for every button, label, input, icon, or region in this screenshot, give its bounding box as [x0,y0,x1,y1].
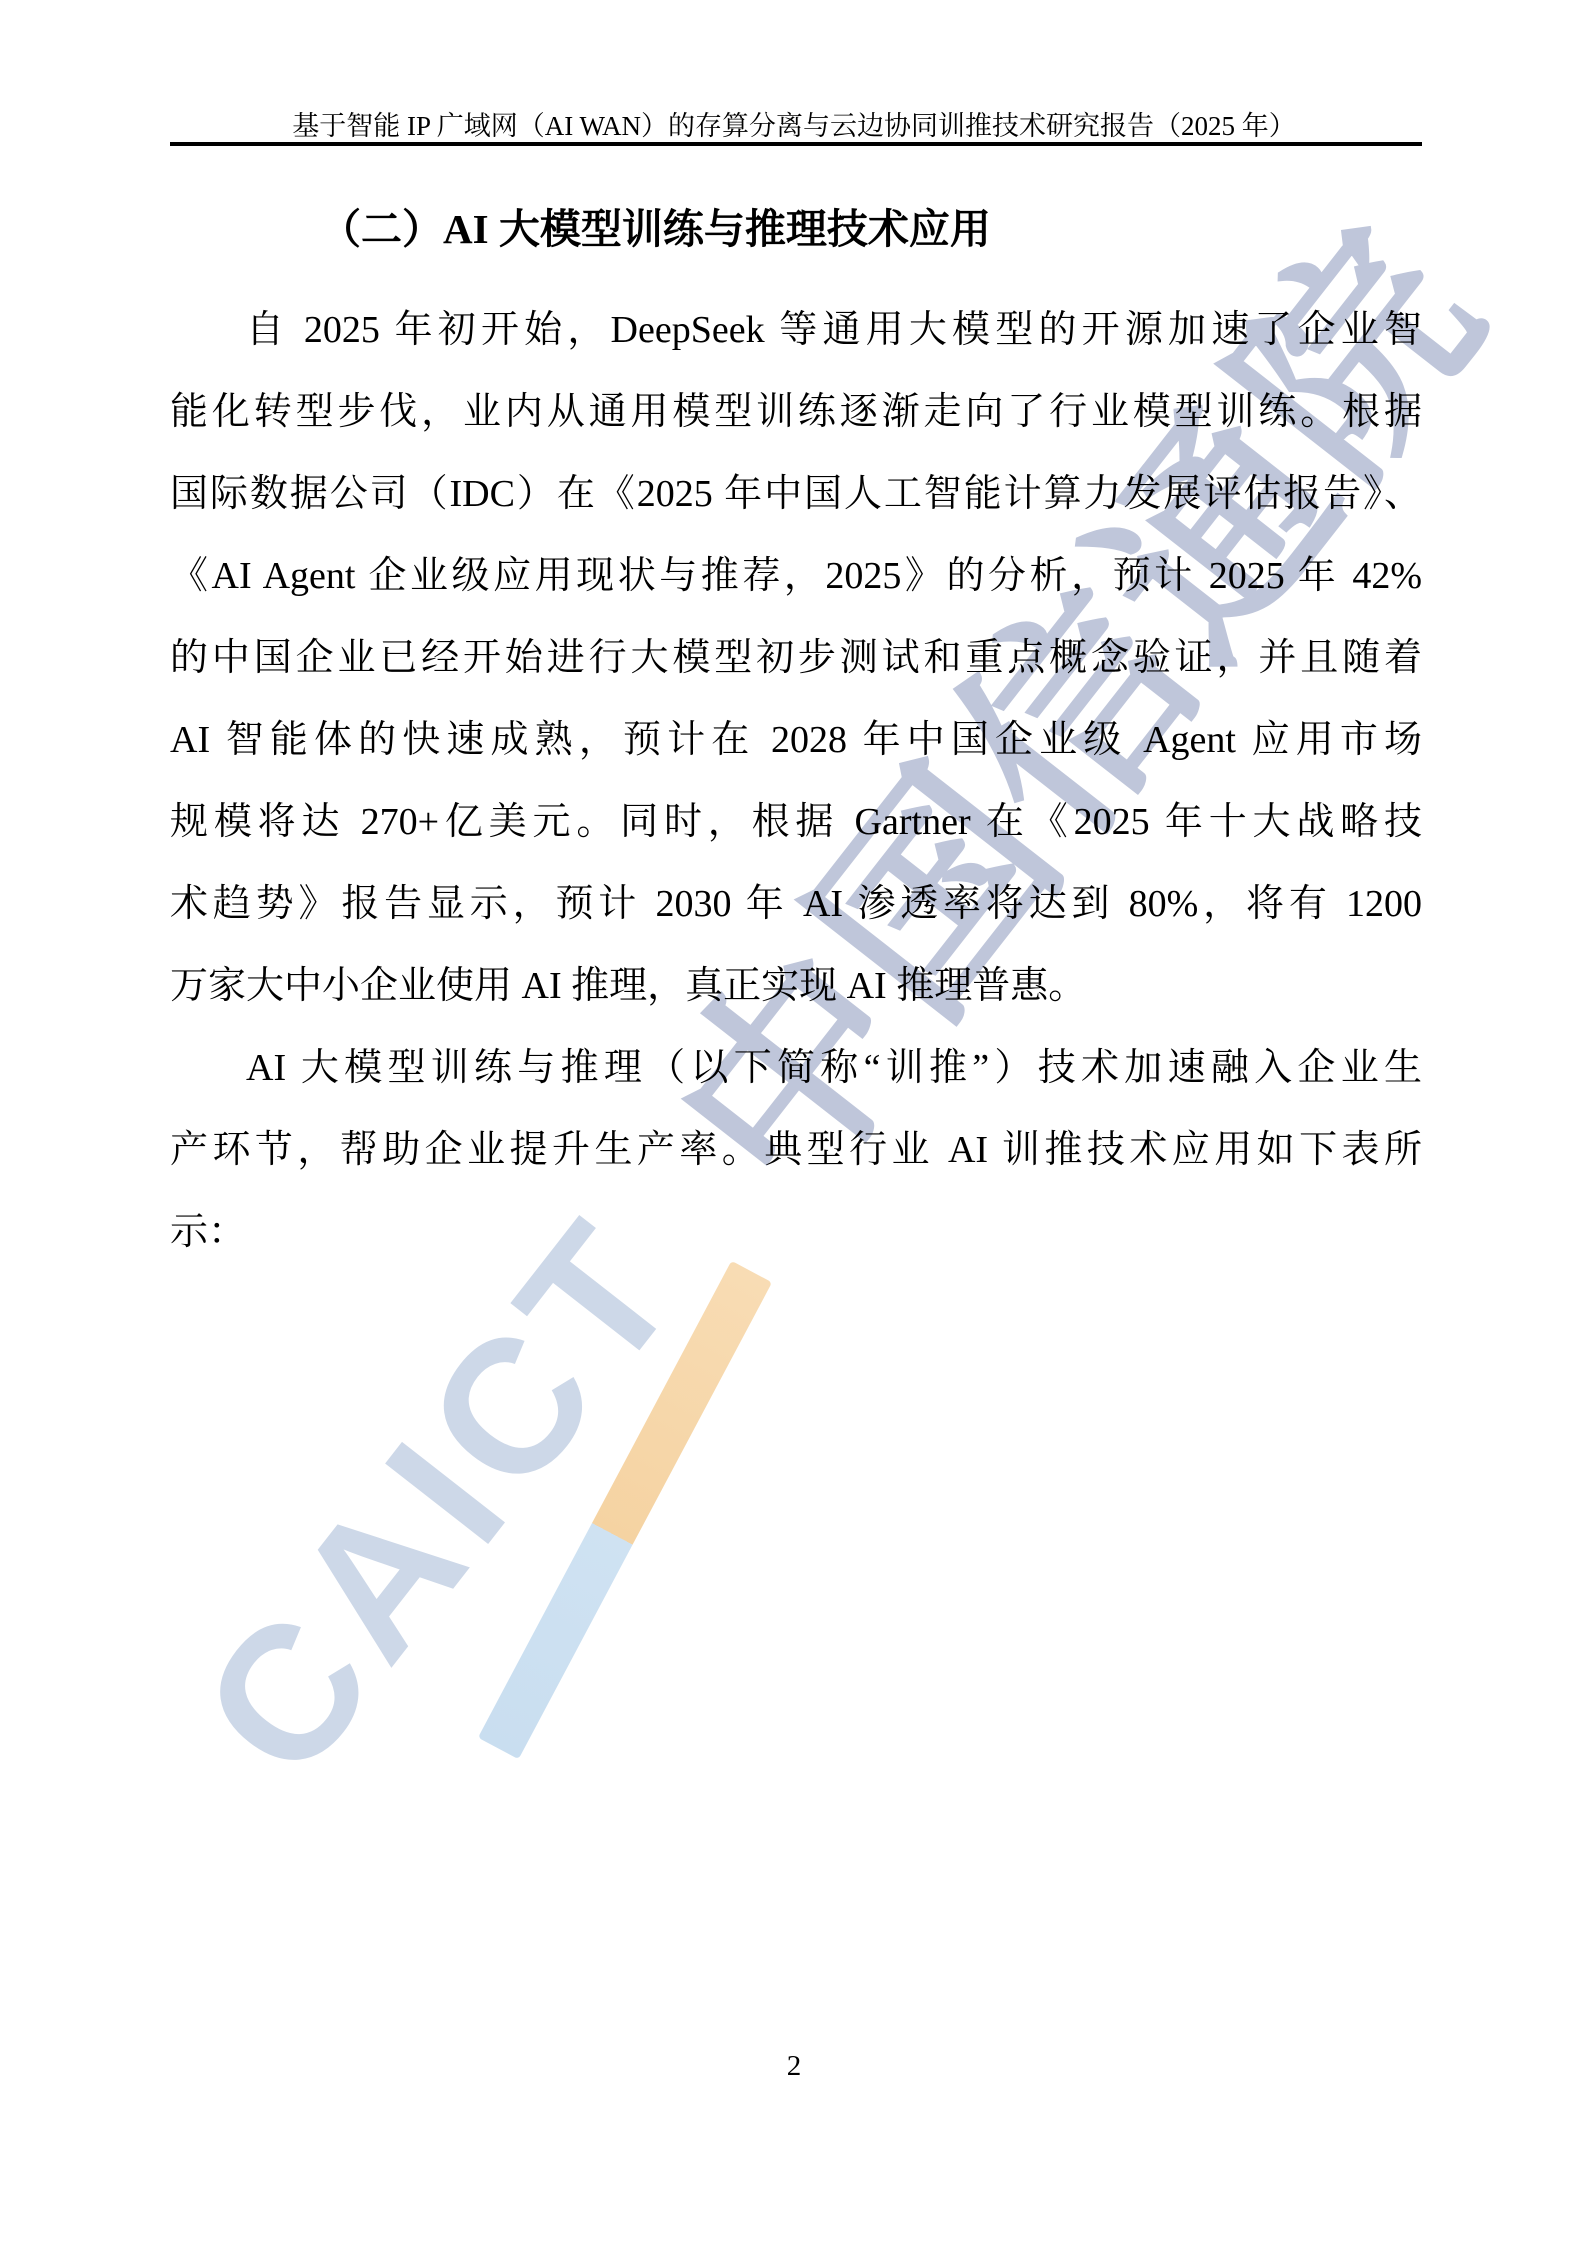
paragraph-line: 产环节，帮助企业提升生产率。典型行业 AI 训推技术应用如下表所 [170,1109,1422,1191]
paragraph-line: AI 智能体的快速成熟，预计在 2028 年中国企业级 Agent 应用市场 [170,699,1422,781]
document-body: 自 2025 年初开始，DeepSeek 等通用大模型的开源加速了企业智 能化转… [170,289,1422,1273]
paragraph-line: 国际数据公司（IDC）在《2025 年中国人工智能计算力发展评估报告》、 [170,453,1422,535]
header-rule [170,142,1422,146]
paragraph-line: 规模将达 270+亿美元。同时，根据 Gartner 在《2025 年十大战略技 [170,781,1422,863]
paragraph-line: AI 大模型训练与推理（以下简称“训推”）技术加速融入企业生 [170,1027,1422,1109]
paragraph-line: 术趋势》报告显示，预计 2030 年 AI 渗透率将达到 80%，将有 1200 [170,863,1422,945]
page-number: 2 [0,2050,1588,2083]
report-header-title: 基于智能 IP 广域网（AI WAN）的存算分离与云边协同训推技术研究报告（20… [0,104,1588,143]
paragraph-line: 《AI Agent 企业级应用现状与推荐，2025》的分析，预计 2025 年 … [170,535,1422,617]
paragraph-line: 万家大中小企业使用 AI 推理，真正实现 AI 推理普惠。 [170,945,1422,1027]
section-heading: （二）AI 大模型训练与推理技术应用 [320,203,991,255]
paragraph-line: 示： [170,1191,1422,1273]
paragraph-line: 的中国企业已经开始进行大模型初步测试和重点概念验证，并且随着 [170,617,1422,699]
paragraph-line: 自 2025 年初开始，DeepSeek 等通用大模型的开源加速了企业智 [170,289,1422,371]
document-page: { "header": { "title": "基于智能 IP 广域网（AI W… [0,0,1588,2245]
watermark-slash-stripe [478,1261,772,1759]
paragraph-line: 能化转型步伐，业内从通用模型训练逐渐走向了行业模型训练。根据 [170,371,1422,453]
